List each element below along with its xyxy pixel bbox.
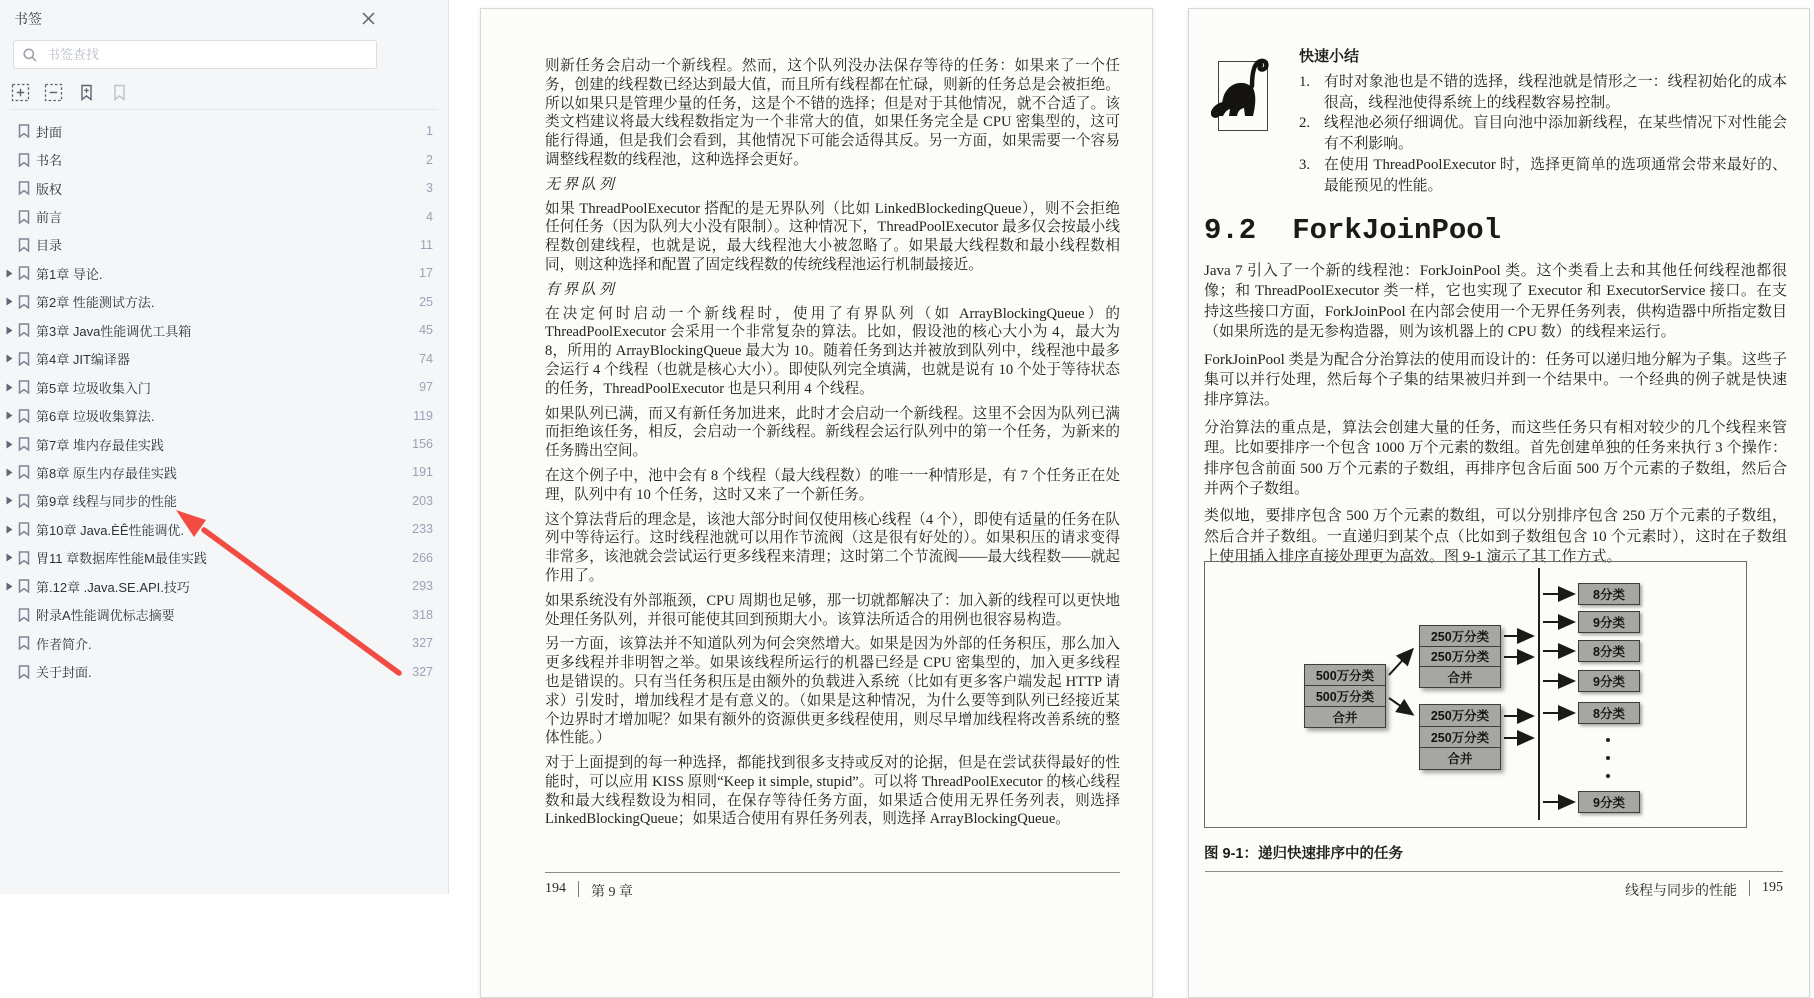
bookmark-page-number: 17 <box>419 266 433 280</box>
bookmark-icon <box>18 494 30 508</box>
bookmark-item[interactable]: 目录11 <box>0 231 449 259</box>
bookmark-page-number: 156 <box>412 437 433 451</box>
bookmark-icon <box>18 437 30 451</box>
bookmark-icon <box>18 409 30 423</box>
bookmark-icon <box>18 323 30 337</box>
left-page-footer: 194 第 9 章 <box>545 872 1120 894</box>
summary-item-text: 有时对象池也是不错的选择，线程池就是情形之一：线程初始化的成本很高，线程池使得系… <box>1324 72 1787 114</box>
bookmark-label: 前言 <box>36 207 418 226</box>
paragraph: 则新任务会启动一个新线程。然而，这个队列没办法保存等待的任务：如果来了一个任务，… <box>545 57 1120 170</box>
bookmark-label: 第8章 原生内存最佳实践 <box>36 463 404 482</box>
bookmark-page-number: 233 <box>412 522 433 536</box>
bookmark-label: 书名 <box>36 150 418 169</box>
summary-item: 1. 有时对象池也是不错的选择，线程池就是情形之一：线程初始化的成本很高，线程池… <box>1299 72 1787 114</box>
expand-all-button[interactable] <box>8 80 32 104</box>
bookmark-icon <box>18 295 30 309</box>
figure-caption: 图 9-1：递归快速排序中的任务 <box>1204 842 1403 863</box>
paragraph: 对于上面提到的每一种选择，都能找到很多支持或反对的论据，但是在尝试获得最好的性能… <box>545 754 1120 829</box>
bookmark-page-number: 97 <box>419 380 433 394</box>
bookmark-label: 关于封面. <box>36 662 404 681</box>
bookmark-icon <box>18 153 30 167</box>
bookmark-label: 第6章 垃圾收集算法. <box>36 406 405 425</box>
section-title: ForkJoinPool <box>1292 214 1501 247</box>
close-icon <box>362 12 375 25</box>
bookmark-icon <box>18 181 30 195</box>
bookmark-page-number: 191 <box>412 465 433 479</box>
bookmark-page-number: 4 <box>426 210 433 224</box>
bookmark-icon <box>18 380 30 394</box>
quick-summary-title: 快速小结 <box>1299 47 1787 68</box>
summary-item-text: 线程池必须仔细调优。盲目向池中添加新线程，在某些情况下对性能会有不利影响。 <box>1324 113 1787 155</box>
bookmark-item[interactable]: 第1章 导论.17 <box>0 259 449 287</box>
left-page-text: 则新任务会启动一个新线程。然而，这个队列没办法保存等待的任务：如果来了一个任务，… <box>545 57 1120 835</box>
bookmark-icon <box>18 124 30 138</box>
bookmark-label: 第4章 JIT编译器 <box>36 349 411 368</box>
bookmark-item[interactable]: 第3章 Java性能调优工具箱45 <box>0 316 449 344</box>
bookmark-page-number: 266 <box>412 551 433 565</box>
bookmark-outline-icon <box>110 83 129 102</box>
collapse-all-icon <box>44 83 63 102</box>
expander-icon <box>6 269 13 278</box>
expand-all-icon <box>11 83 30 102</box>
bookmark-label: 封面 <box>36 122 418 141</box>
bookmark-label: 第3章 Java性能调优工具箱 <box>36 321 411 340</box>
remove-bookmark-button[interactable] <box>107 80 131 104</box>
add-bookmark-icon <box>77 83 96 102</box>
expander-icon <box>6 553 13 562</box>
bookmark-item[interactable]: 第4章 JIT编译器74 <box>0 345 449 373</box>
bookmark-label: 第1章 导论. <box>36 264 411 283</box>
search-icon <box>22 47 38 63</box>
bookmark-item[interactable]: 胃11 章数据库性能M最佳实践266 <box>0 544 449 572</box>
bookmark-item[interactable]: 关于封面.327 <box>0 657 449 685</box>
paragraph: 在决定何时启动一个新线程时，使用了有界队列（如 ArrayBlockingQue… <box>545 305 1120 399</box>
bookmark-search-input[interactable] <box>45 46 368 63</box>
bookmark-icon <box>18 551 30 565</box>
bookmark-page-number: 74 <box>419 352 433 366</box>
paragraph: 另一方面，该算法并不知道队列为何会突然增大。如果是因为外部的任务积压，那么加入更… <box>545 635 1120 748</box>
paragraph: Java 7 引入了一个新的线程池：ForkJoinPool 类。这个类看上去和… <box>1204 261 1787 343</box>
footer-divider <box>1749 880 1750 894</box>
bookmark-label: 第10章 Java.ÈÊ性能调优. <box>36 520 404 539</box>
summary-item-number: 2. <box>1299 113 1324 155</box>
bookmark-label: 附录A性能调优标志摘要 <box>36 605 404 624</box>
bookmark-label: 第2章 性能测试方法. <box>36 292 411 311</box>
paragraph: 如果队列已满，而又有新任务加进来，此时才会启动一个新线程。这里不会因为队列已满而… <box>545 405 1120 461</box>
bookmark-icon <box>18 579 30 593</box>
pdf-page-left: 则新任务会启动一个新线程。然而，这个队列没办法保存等待的任务：如果来了一个任务，… <box>480 8 1153 894</box>
expander-icon <box>6 582 13 591</box>
bookmark-page-number: 119 <box>413 409 433 423</box>
expander-icon <box>6 411 13 420</box>
paragraph: 类似地，要排序包含 500 万个元素的数组，可以分别排序包含 250 万个元素的… <box>1204 506 1787 567</box>
bookmark-icon <box>18 210 30 224</box>
collapse-all-button[interactable] <box>41 80 65 104</box>
bookmark-item[interactable]: 封面1 <box>0 117 449 145</box>
paragraph: 如果 ThreadPoolExecutor 搭配的是无界队列（比如 Linked… <box>545 200 1120 275</box>
bookmark-icon <box>18 522 30 536</box>
subsection-heading-bounded-queue: 有界队列 <box>545 281 1120 300</box>
pdf-page-right: 快速小结 1. 有时对象池也是不错的选择，线程池就是情形之一：线程初始化的成本很… <box>1188 8 1810 894</box>
bookmark-label: 第7章 堆内存最佳实践 <box>36 435 404 454</box>
expander-icon <box>6 468 13 477</box>
subsection-heading-unbounded-queue: 无界队列 <box>545 176 1120 195</box>
expander-icon <box>6 297 13 306</box>
figure-arrows <box>1205 562 1748 829</box>
paragraph: 在这个例子中，池中会有 8 个线程（最大线程数）的唯一一种情形是，有 7 个任务… <box>545 467 1120 505</box>
paragraph: 如果系统没有外部瓶颈，CPU 周期也足够，那一切就都解决了：加入新的线程可以更快… <box>545 592 1120 630</box>
chapter-label: 第 9 章 <box>591 881 633 894</box>
expander-icon <box>6 354 13 363</box>
figure-9-1-recursive-quicksort-tasks: 500万分类 500万分类 合并 250万分类 250万分类 合并 250万分类… <box>1204 561 1747 828</box>
panel-title: 书签 <box>14 9 42 29</box>
expander-icon <box>6 383 13 392</box>
bookmark-item[interactable]: 第.12章 .Java.SE.API.技巧293 <box>0 572 449 600</box>
bookmarks-panel: 书签 <box>0 0 449 894</box>
expander-icon <box>6 525 13 534</box>
bookmark-item[interactable]: 第5章 垃圾收集入门97 <box>0 373 449 401</box>
bookmark-label: 作者简介. <box>36 634 404 653</box>
paragraph: 这个算法背后的理念是，该池大部分时间仅使用核心线程（4 个），即使有适量的任务在… <box>545 511 1120 586</box>
bookmark-page-number: 45 <box>419 323 433 337</box>
summary-item: 2. 线程池必须仔细调优。盲目向池中添加新线程，在某些情况下对性能会有不利影响。 <box>1299 113 1787 155</box>
bookmark-icon <box>18 465 30 479</box>
bookmark-page-number: 3 <box>426 181 433 195</box>
page-number: 195 <box>1762 880 1783 894</box>
expander-icon <box>6 440 13 449</box>
bookmark-item[interactable]: 第8章 原生内存最佳实践191 <box>0 458 449 486</box>
bookmark-item[interactable]: 书名2 <box>0 145 449 173</box>
bookmark-icon <box>18 266 30 280</box>
bookmark-icon <box>18 608 30 622</box>
bookmark-page-number: 2 <box>426 153 433 167</box>
section-number: 9.2 <box>1204 214 1256 247</box>
bookmark-icon <box>18 636 30 650</box>
bookmark-page-number: 318 <box>412 608 433 622</box>
bookmark-item[interactable]: 第7章 堆内存最佳实践156 <box>0 430 449 458</box>
bookmark-label: 第.12章 .Java.SE.API.技巧 <box>36 577 404 596</box>
bookmark-icon <box>18 665 30 679</box>
bookmark-page-number: 203 <box>412 494 433 508</box>
toolbar-divider <box>10 109 438 110</box>
close-panel-button[interactable] <box>358 8 378 28</box>
bookmark-item[interactable]: 作者简介.327 <box>0 629 449 657</box>
bookmark-item[interactable]: 第6章 垃圾收集算法.119 <box>0 401 449 429</box>
bookmark-label: 胃11 章数据库性能M最佳实践 <box>36 548 404 567</box>
page-number: 194 <box>545 881 566 894</box>
oreilly-animal-icon <box>1218 61 1268 131</box>
bookmark-label: 版权 <box>36 179 418 198</box>
expander-icon <box>6 326 13 335</box>
add-bookmark-button[interactable] <box>74 80 98 104</box>
bookmark-search-box <box>13 40 377 69</box>
bookmark-item[interactable]: 第10章 Java.ÈÊ性能调优.233 <box>0 515 449 543</box>
bookmark-item[interactable]: 前言4 <box>0 202 449 230</box>
bookmark-page-number: 327 <box>412 665 433 679</box>
paragraph: 分治算法的重点是，算法会创建大量的任务，而这些任务只有相对较少的几个线程来管理。… <box>1204 418 1787 500</box>
bookmark-icon <box>18 352 30 366</box>
summary-item-number: 1. <box>1299 72 1324 114</box>
right-page-footer: 线程与同步的性能 195 <box>1205 871 1783 894</box>
bookmark-page-number: 293 <box>412 579 433 593</box>
bookmark-page-number: 11 <box>420 238 433 252</box>
bookmark-item[interactable]: 第9章 线程与同步的性能203 <box>0 487 449 515</box>
bookmark-list: 封面1书名2版权3前言4目录11第1章 导论.17第2章 性能测试方法.25第3… <box>0 117 449 686</box>
section-heading-forkjoinpool: 9.2 ForkJoinPool <box>1204 214 1501 247</box>
bookmark-item[interactable]: 第2章 性能测试方法.25 <box>0 288 449 316</box>
bookmark-item[interactable]: 附录A性能调优标志摘要318 <box>0 600 449 628</box>
summary-item-number: 3. <box>1299 155 1324 197</box>
summary-item: 3. 在使用 ThreadPoolExecutor 时，选择更简单的选项通常会带… <box>1299 155 1787 197</box>
bookmark-label: 目录 <box>36 235 412 254</box>
paragraph: ForkJoinPool 类是为配合分治算法的使用而设计的：任务可以递归地分解为… <box>1204 350 1787 411</box>
bookmark-label: 第9章 线程与同步的性能 <box>36 491 404 510</box>
bookmark-page-number: 327 <box>412 636 433 650</box>
expander-icon <box>6 496 13 505</box>
quick-summary-block: 快速小结 1. 有时对象池也是不错的选择，线程池就是情形之一：线程初始化的成本很… <box>1205 47 1787 197</box>
bookmark-item[interactable]: 版权3 <box>0 174 449 202</box>
summary-item-text: 在使用 ThreadPoolExecutor 时，选择更简单的选项通常会带来最好… <box>1324 155 1787 197</box>
bookmark-icon <box>18 238 30 252</box>
bookmark-page-number: 1 <box>426 124 433 138</box>
bookmark-label: 第5章 垃圾收集入门 <box>36 378 411 397</box>
right-page-text: Java 7 引入了一个新的线程池：ForkJoinPool 类。这个类看上去和… <box>1204 261 1787 575</box>
chapter-label: 线程与同步的性能 <box>1625 880 1737 894</box>
footer-divider <box>578 881 579 894</box>
bookmark-page-number: 25 <box>419 295 433 309</box>
